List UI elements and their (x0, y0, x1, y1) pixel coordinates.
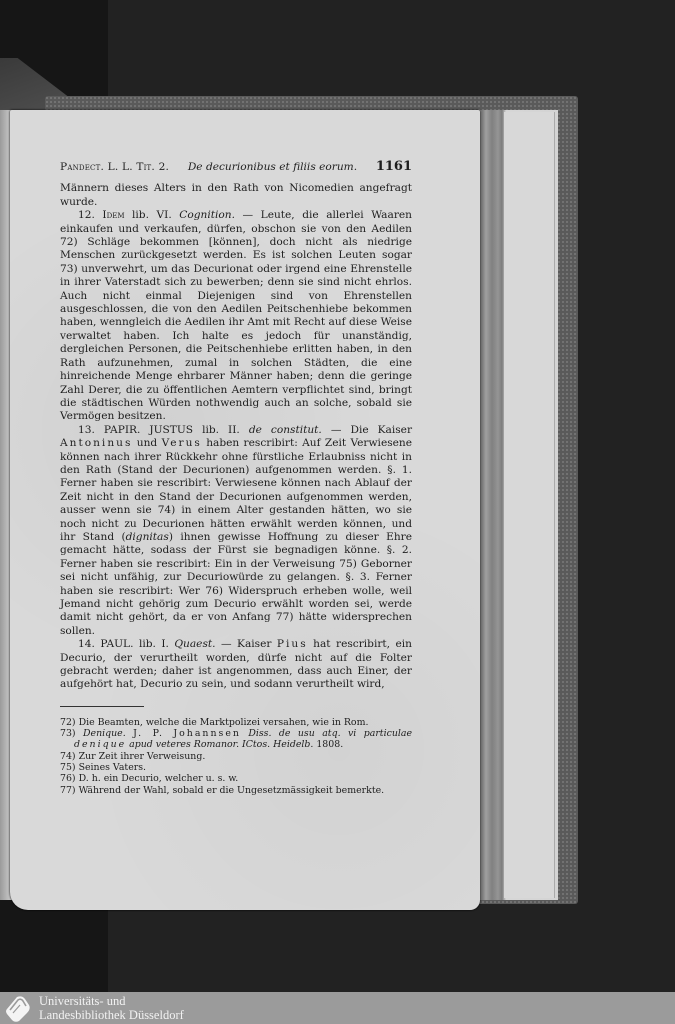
footnote-73: 73) Denique. J. P. Johannsen Diss. de us… (60, 728, 412, 751)
section-text: — Kaiser (221, 638, 271, 650)
footnote-text: Seines Vaters. (79, 762, 146, 773)
section-number: 12. (78, 209, 95, 221)
library-footer: Universitäts- und Landesbibliothek Düsse… (0, 992, 675, 1024)
footnote-text: Die Beamten, welche die Marktpolizei ver… (79, 717, 369, 728)
emperor-name: Antoninus (60, 437, 132, 449)
section-number: 13. (78, 424, 95, 436)
section-ref: lib. I. (139, 638, 169, 650)
paragraph-13: 13. PAPIR. JUSTUS lib. II. de constitut.… (60, 424, 412, 639)
footnote-text: Zur Zeit ihrer Verweisung. (79, 751, 206, 762)
section-ref: lib. II. (202, 424, 240, 436)
footnote-mark: 75) (60, 762, 76, 773)
library-name-line1: Universitäts- und (39, 994, 184, 1009)
running-head-title: De decurionibus et filiis eorum. (188, 161, 357, 174)
section-author: PAUL. (100, 638, 133, 650)
footnote-74: 74) Zur Zeit ihrer Verweisung. (60, 751, 412, 762)
back-page (504, 112, 555, 898)
paragraph-14: 14. PAUL. lib. I. Quaest. — Kaiser Pius … (60, 638, 412, 692)
footnote-divider (60, 706, 144, 707)
library-name: Universitäts- und Landesbibliothek Düsse… (39, 994, 184, 1023)
library-name-line2: Landesbibliothek Düsseldorf (39, 1008, 184, 1023)
book-logo-icon (3, 993, 33, 1023)
section-text: ) ihnen gewisse Hoffnung zu dieser Ehre … (60, 531, 412, 637)
footnote-text: Denique. (83, 728, 126, 739)
footnote-75: 75) Seines Vaters. (60, 762, 412, 773)
footnote-mark: 73) (60, 728, 76, 739)
paragraph-12: 12. Idem lib. VI. Cognition. — Leute, di… (60, 209, 412, 424)
footnote-mark: 72) (60, 717, 76, 728)
footnote-author: J. P. Johannsen (133, 728, 241, 739)
section-work: Cognition. (179, 209, 235, 221)
latin-term: dignitas (126, 531, 169, 543)
paragraph-continuation: Männern dieses Alters in den Rath von Ni… (60, 182, 412, 209)
section-text: und (137, 437, 157, 449)
running-head-left: Pandect. L. L. Tit. 2. (60, 161, 169, 174)
running-head: Pandect. L. L. Tit. 2. De decurionibus e… (60, 160, 412, 174)
page-number: 1161 (376, 160, 412, 173)
footnote-year: 1808. (316, 739, 343, 750)
footnote-mark: 76) (60, 773, 76, 784)
emperor-name: Verus (162, 437, 202, 449)
section-author: PAPIR. JUSTUS (104, 424, 193, 436)
footnote-text: Während der Wahl, sobald er die Ungesetz… (79, 785, 385, 796)
footnote-77: 77) Während der Wahl, sobald er die Unge… (60, 785, 412, 796)
section-text: — Leute, die allerlei Waaren einkaufen u… (60, 209, 412, 422)
section-ref: lib. VI. (132, 209, 172, 221)
emperor-name: Pius (277, 638, 308, 650)
footnotes: 72) Die Beamten, welche die Marktpolizei… (60, 717, 412, 796)
footnote-76: 76) D. h. ein Decurio, welcher u. s. w. (60, 773, 412, 784)
footnote-text: apud veteres Romanor. ICtos. Heidelb. (129, 739, 313, 750)
page-text: Pandect. L. L. Tit. 2. De decurionibus e… (60, 160, 412, 796)
footnote-mark: 74) (60, 751, 76, 762)
section-text: — Die Kaiser (331, 424, 412, 436)
footnote-mark: 77) (60, 785, 76, 796)
footnote-text: Diss. de usu atq. vi particulae (248, 728, 412, 739)
section-text: haben rescribirt: Auf Zeit Verwiesene kö… (60, 437, 412, 543)
section-number: 14. (78, 638, 95, 650)
footnote-text: denique (74, 739, 126, 750)
section-work: de constitut. (249, 424, 322, 436)
section-work: Quaest. (174, 638, 215, 650)
footnote-72: 72) Die Beamten, welche die Marktpolizei… (60, 717, 412, 728)
footnote-text: D. h. ein Decurio, welcher u. s. w. (79, 773, 239, 784)
section-author: Idem (102, 209, 124, 221)
